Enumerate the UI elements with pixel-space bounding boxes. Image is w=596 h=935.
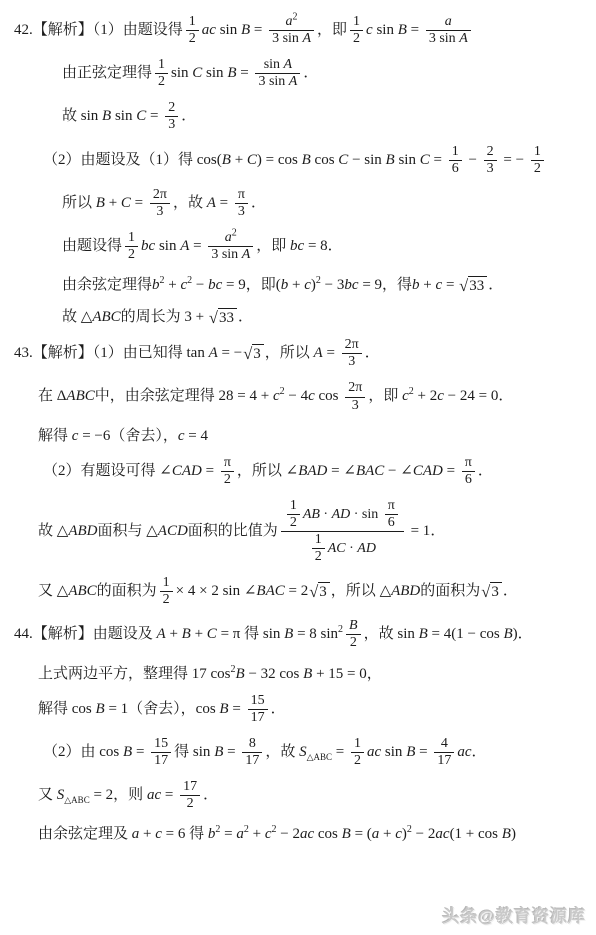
document-page: 42.【解析】（1）由题设得12ac sin B = a23 sin A，即12…: [0, 0, 596, 935]
solution-line: 故 △ABD面积与 △ACD面积的比值为12AB · AD · sin π612…: [0, 498, 596, 565]
square-root: √3: [309, 582, 330, 601]
fraction: 12: [312, 532, 325, 565]
solution-line: 又 △ABC的面积为12× 4 × 2 sin ∠BAC = 2√3，所以 △A…: [0, 575, 596, 608]
fraction: 12: [351, 736, 364, 769]
solution-line: 43.【解析】（1）由已知得 tan A = −√3，所以 A = 2π3．: [0, 337, 596, 370]
solution-line: 由余弦定理得b2 + c2 − bc = 9，即(b + c)2 − 3bc =…: [0, 273, 596, 295]
square-root: √33: [209, 308, 237, 327]
fraction: 172: [180, 779, 200, 812]
solution-line: 在 ΔABC中，由余弦定理得 28 = 4 + c2 − 4c cos 2π3，…: [0, 380, 596, 413]
solution-line: 故 sin B sin C = 23．: [0, 100, 596, 133]
fraction: 12: [186, 14, 199, 47]
solution-line: 由余弦定理及 a + c = 6 得 b2 = a2 + c2 − 2ac co…: [0, 822, 596, 843]
solution-line: 44.【解析】由题设及 A + B + C = π 得 sin B = 8 si…: [0, 618, 596, 651]
fraction: 12AB · AD · sin π612AC · AD: [281, 498, 404, 565]
solution-line: 42.【解析】（1）由题设得12ac sin B = a23 sin A，即12…: [0, 14, 596, 47]
fraction: 23: [484, 144, 497, 177]
fraction: 2π3: [345, 380, 365, 413]
square-root: √3: [481, 582, 502, 601]
fraction: 417: [434, 736, 454, 769]
fraction: 12: [287, 498, 300, 531]
fraction: 23: [165, 100, 178, 133]
fraction: 12: [531, 144, 544, 177]
fraction: 12: [125, 230, 138, 263]
fraction: 1517: [151, 736, 171, 769]
solution-line: 又 S△ABC = 2，则 ac = 172．: [0, 779, 596, 812]
solution-line: （2）有题设可得 ∠CAD = π2，所以 ∠BAD = ∠BAC − ∠CAD…: [0, 455, 596, 488]
fraction: 12: [160, 575, 173, 608]
fraction: a23 sin A: [208, 230, 253, 263]
fraction: π2: [221, 455, 234, 488]
solution-line: 故 △ABC的周长为 3 + √33．: [0, 305, 596, 327]
fraction: B2: [346, 618, 361, 651]
fraction: π6: [462, 455, 475, 488]
fraction: a3 sin A: [426, 14, 471, 47]
solution-line: 上式两边平方，整理得 17 cos2B − 32 cos B + 15 = 0，: [0, 662, 596, 683]
solution-content: 42.【解析】（1）由题设得12ac sin B = a23 sin A，即12…: [0, 0, 596, 843]
fraction: 12: [155, 57, 168, 90]
fraction: 817: [242, 736, 262, 769]
fraction: 12: [350, 14, 363, 47]
square-root: √33: [459, 276, 487, 295]
fraction: 2π3: [150, 187, 170, 220]
fraction: a23 sin A: [269, 14, 314, 47]
fraction: 16: [449, 144, 462, 177]
solution-line: （2）由题设及（1）得 cos(B + C) = cos B cos C − s…: [0, 144, 596, 177]
fraction: 1517: [248, 693, 268, 726]
fraction: 2π3: [342, 337, 362, 370]
solution-line: 解得 cos B = 1（舍去），cos B = 1517．: [0, 693, 596, 726]
fraction: π6: [385, 498, 398, 531]
solution-line: 由题设得12bc sin A = a23 sin A，即 bc = 8．: [0, 230, 596, 263]
fraction: sin A3 sin A: [255, 57, 300, 90]
watermark: 头条@教育资源库: [442, 902, 586, 927]
fraction: π3: [235, 187, 248, 220]
solution-line: 由正弦定理得12sin C sin B = sin A3 sin A．: [0, 57, 596, 90]
square-root: √3: [243, 344, 264, 363]
solution-line: 解得 c = −6（舍去），c = 4: [0, 424, 596, 445]
solution-line: （2）由 cos B = 1517得 sin B = 817，故 S△ABC =…: [0, 736, 596, 769]
solution-line: 所以 B + C = 2π3，故 A = π3．: [0, 187, 596, 220]
